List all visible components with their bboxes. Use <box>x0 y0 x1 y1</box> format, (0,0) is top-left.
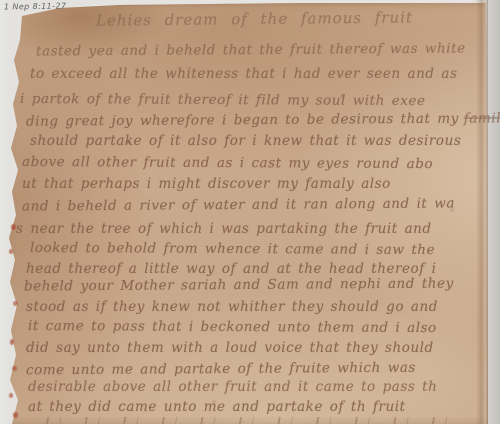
line-text: ding great joy wherefore i began to be d… <box>26 111 459 130</box>
manuscript-line: looked to behold from whence it came and… <box>30 240 435 258</box>
manuscript-line: ding great joy wherefore i began to be d… <box>26 110 500 129</box>
manuscript-line: stood as if they knew not whither they s… <box>26 299 438 315</box>
manuscript-line: did say unto them with a loud voice that… <box>26 340 434 356</box>
foxing-spot <box>12 366 17 371</box>
manuscript-line: to exceed all the whiteness that i had e… <box>30 66 457 82</box>
manuscript-line: at they did came unto me and partake of … <box>28 399 406 415</box>
manuscript-line: ut that perhaps i might discover my fama… <box>22 176 391 192</box>
manuscript-line: come unto me and partake of the fruite w… <box>26 360 416 379</box>
manuscript-line: s near the tree of which i was partaking… <box>16 221 432 237</box>
manuscript-line: beheld your Mother sariah and Sam and ne… <box>24 276 454 295</box>
foxing-spot <box>13 412 18 418</box>
manuscript-line: it came to pass that i beckoned unto the… <box>28 318 437 336</box>
manuscript-title: Lehies dream of the famous fruit <box>96 8 413 29</box>
foxing-spot <box>9 393 13 398</box>
manuscript-line: and i beheld a river of water and it ran… <box>22 195 455 214</box>
cut-off-line-fragment <box>34 417 462 424</box>
manuscript-line: tasted yea and i beheld that the fruit t… <box>36 41 466 60</box>
manuscript-line: desirable above all other fruit and it c… <box>28 379 437 395</box>
manuscript-line: i partok of the fruit thereof it fild my… <box>20 91 426 109</box>
struck-word: family <box>464 110 500 126</box>
manuscript-line: should partake of it also for i knew tha… <box>30 133 461 149</box>
manuscript-photo: 1 Nep 8:11-27 Lehies dream of the famous… <box>0 0 500 424</box>
foxing-spot <box>13 301 18 306</box>
manuscript-line: head thereof a little way of and at the … <box>26 261 436 277</box>
foxing-spot <box>9 249 13 254</box>
foxing-spot <box>10 339 14 345</box>
manuscript-line: above all other fruit and as i cast my e… <box>22 154 433 172</box>
scripture-reference-note: 1 Nep 8:11-27 <box>4 1 67 11</box>
